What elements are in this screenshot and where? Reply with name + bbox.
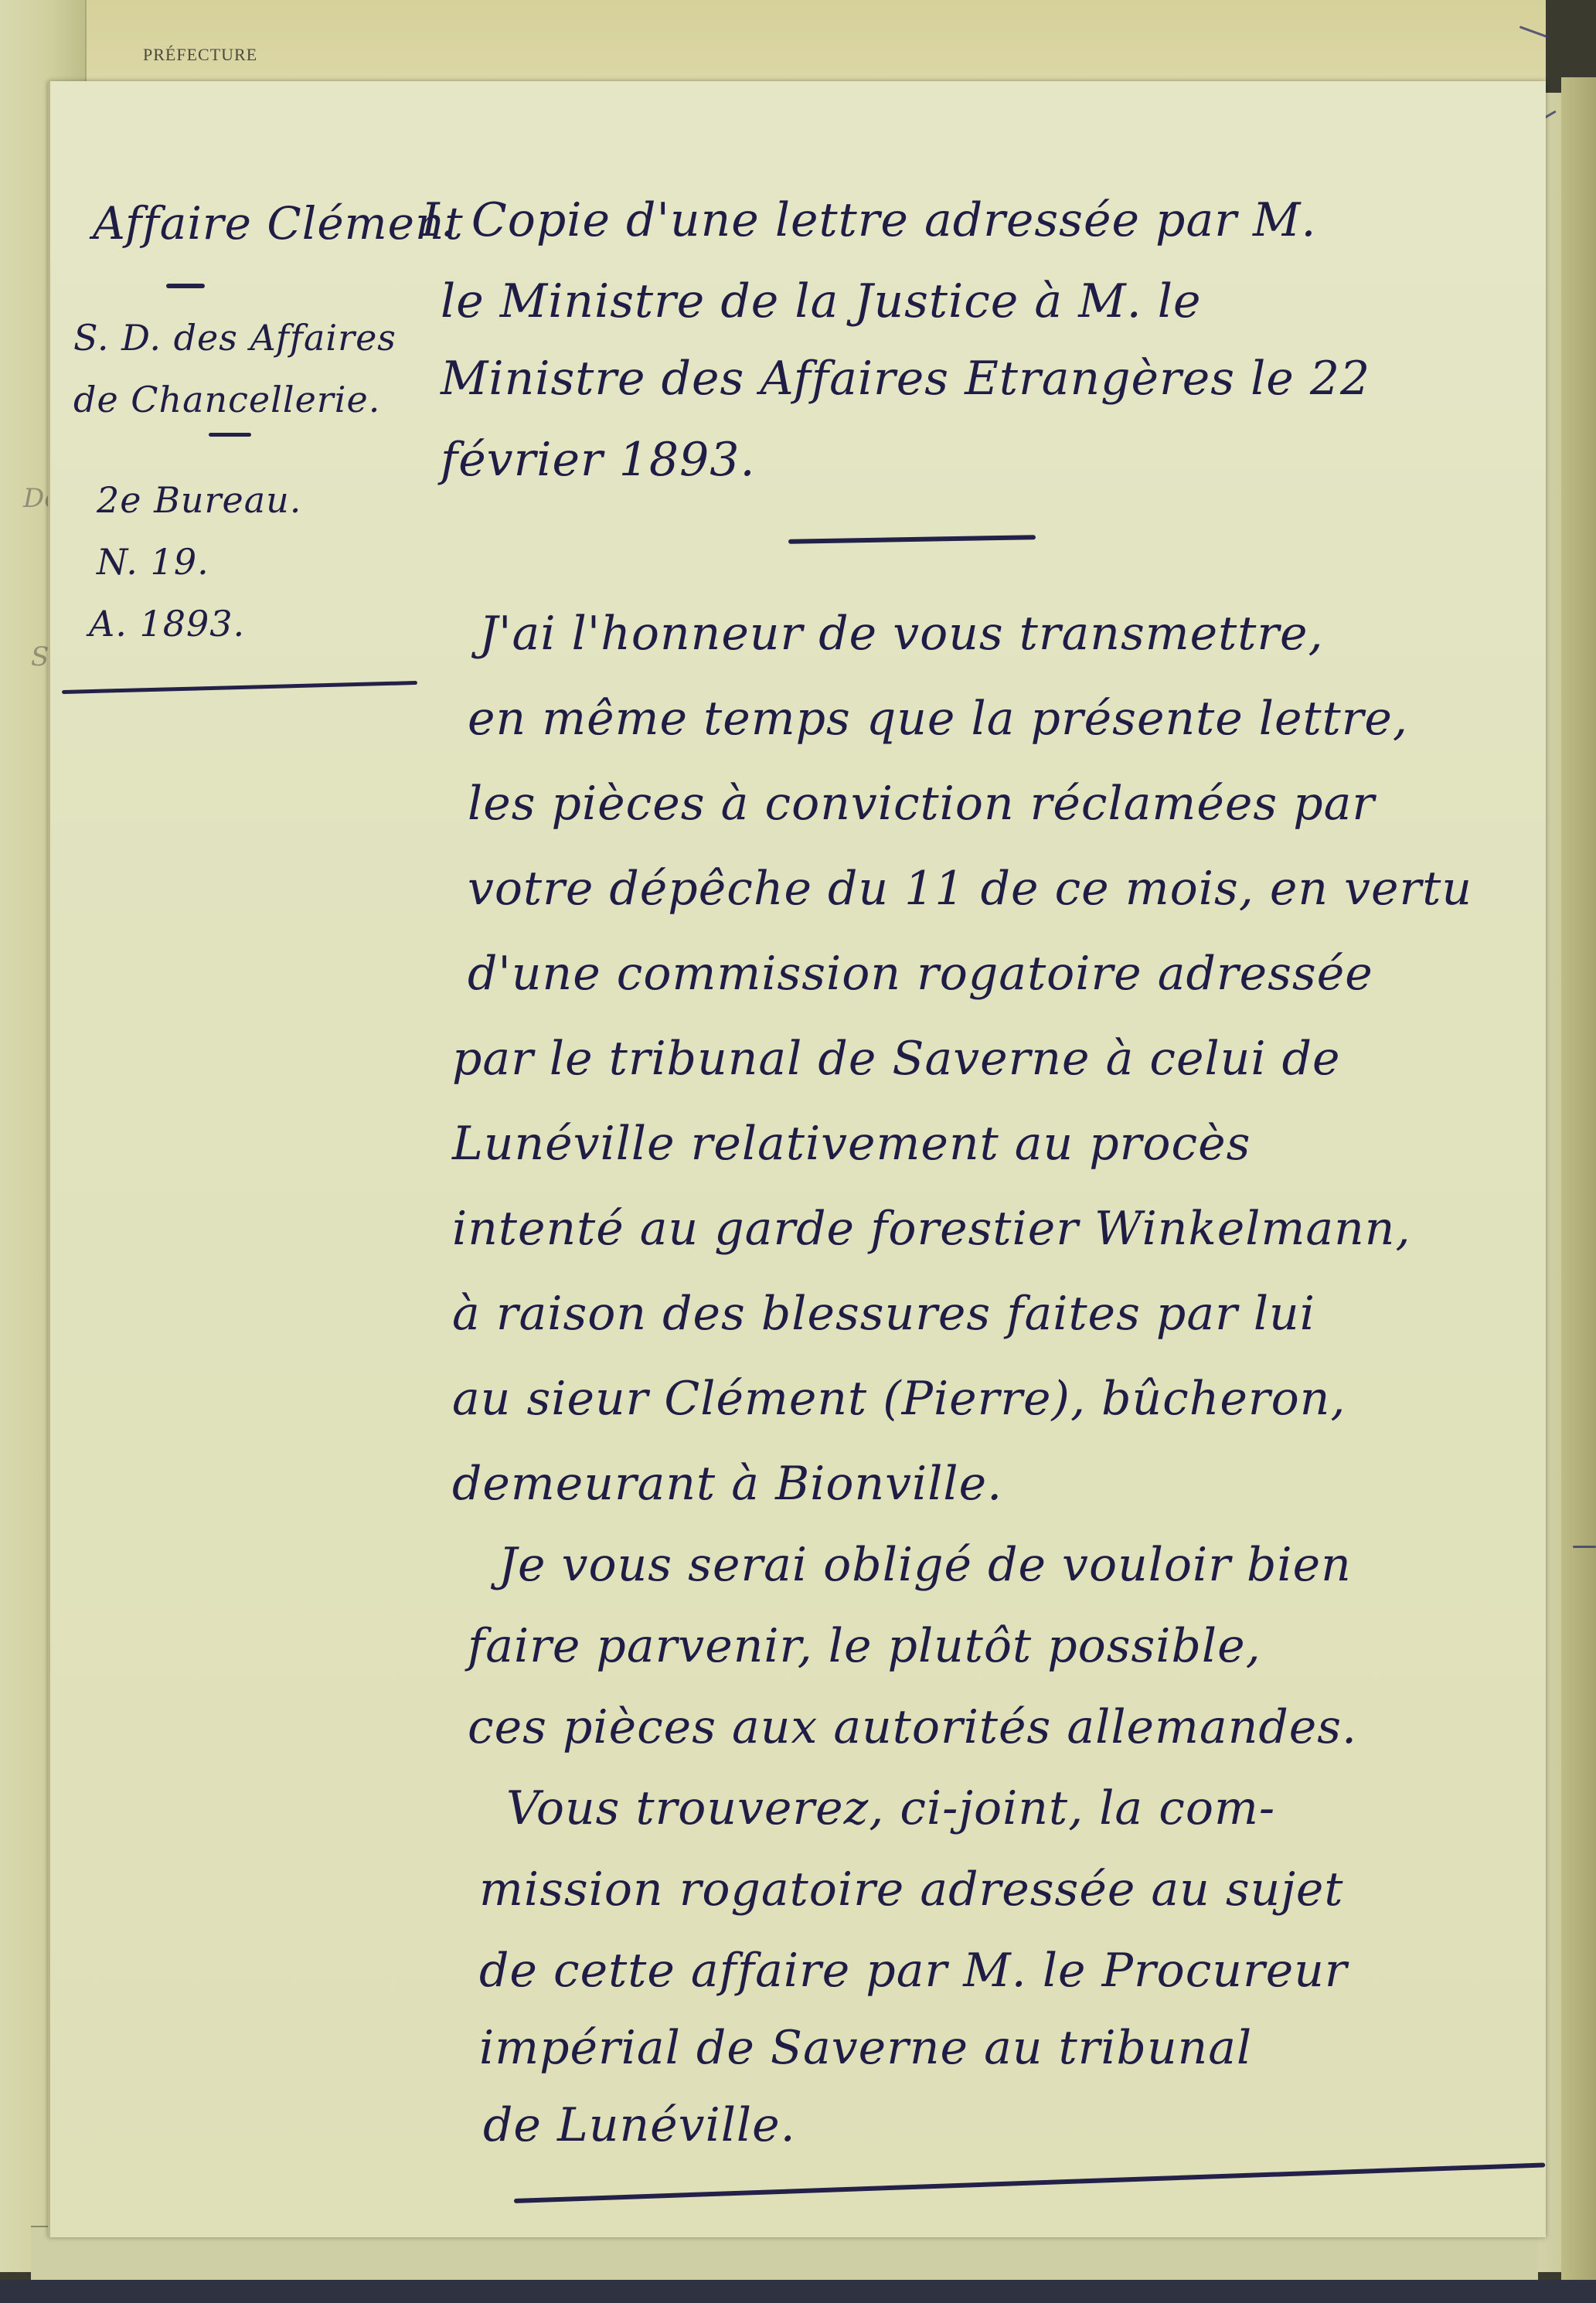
body-line: au sieur Clément (Pierre), bûcheron,	[452, 1372, 1346, 1426]
body-line: les pièces à conviction réclamées par	[468, 777, 1375, 831]
heading-line: février 1893.	[441, 433, 756, 487]
document-page: Affaire Clément S. D. des Affaires de Ch…	[48, 81, 1546, 2237]
margin-rule-long	[62, 681, 417, 694]
heading-line: le Ministre de la Justice à M. le	[441, 274, 1202, 328]
body-line: à raison des blessures faites par lui	[452, 1287, 1315, 1341]
body-line: mission rogatoire adressée au sujet	[479, 1862, 1344, 1917]
letterhead-prefecture: PRÉFECTURE	[143, 45, 257, 65]
file-year: A. 1893.	[89, 603, 245, 645]
underlying-sheet-right-far	[1561, 77, 1596, 2303]
body-line: J'ai l'honneur de vous transmettre,	[479, 607, 1324, 661]
body-line: faire parvenir, le plutôt possible,	[468, 1619, 1261, 1673]
body-line: de Lunéville.	[483, 2098, 796, 2152]
body-line: ces pièces aux autorités allemandes.	[468, 1700, 1357, 1754]
file-number: N. 19.	[97, 541, 209, 583]
department-line-2: de Chancellerie.	[73, 379, 380, 420]
body-line: Lunéville relativement au procès	[452, 1117, 1251, 1171]
heading-line: I. Copie d'une lettre adressée par M.	[421, 193, 1316, 247]
body-line: impérial de Saverne au tribunal	[479, 2021, 1252, 2075]
body-line: d'une commission rogatoire adressée	[468, 947, 1373, 1001]
body-line: Je vous serai obligé de vouloir bien	[499, 1538, 1352, 1592]
folder-edge	[0, 2280, 1596, 2303]
body-line: en même temps que la présente lettre,	[468, 692, 1408, 746]
department-line-1: S. D. des Affaires	[73, 317, 396, 359]
body-line: de cette affaire par M. le Procureur	[479, 1944, 1348, 1998]
margin-rule-short	[209, 433, 251, 437]
ink-mark	[1573, 1546, 1596, 1548]
closing-rule	[514, 2162, 1545, 2203]
case-title: Affaire Clément	[93, 197, 464, 250]
body-line: demeurant à Bionville.	[452, 1457, 1002, 1511]
body-line: Vous trouverez, ci-joint, la com-	[506, 1781, 1275, 1835]
heading-separator	[788, 535, 1036, 544]
heading-line: Ministre des Affaires Etrangères le 22	[441, 352, 1370, 406]
body-line: votre dépêche du 11 de ce mois, en vertu	[468, 862, 1472, 916]
body-line: par le tribunal de Saverne à celui de	[452, 1032, 1341, 1086]
margin-rule-short	[166, 284, 205, 288]
bureau-label: 2e Bureau.	[97, 479, 301, 521]
body-line: intenté au garde forestier Winkelmann,	[452, 1202, 1411, 1256]
